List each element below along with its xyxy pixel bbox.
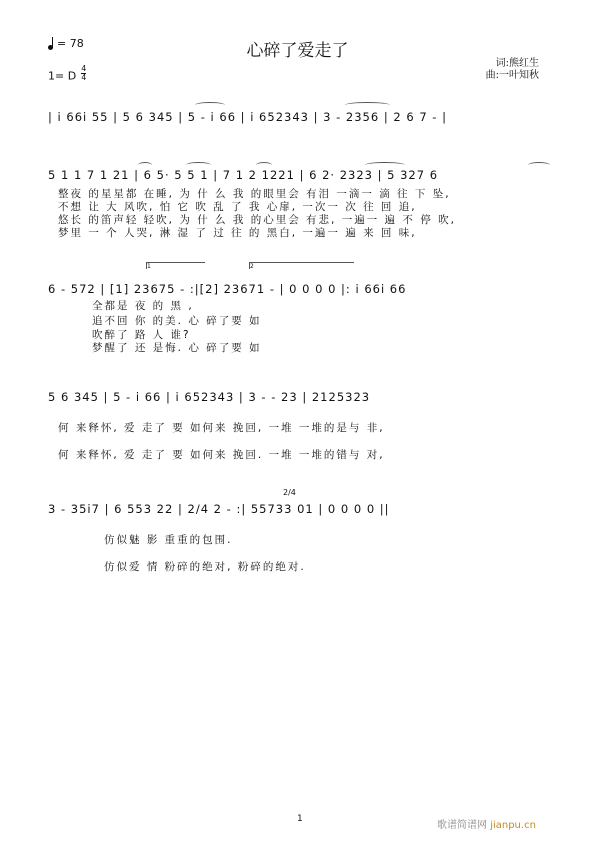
volta-1: 1 (146, 262, 205, 269)
lyric-line: 梦里 一 个 人哭, 淋 湿 了 过 往 的 黑白, 一遍一 遍 来 回 味, (58, 225, 417, 240)
system-1-notes: | i 66i 55 | 5 6 345 | 5 - i 66 | i 6523… (48, 110, 447, 124)
lyricist: 词:熊红生 (486, 58, 539, 70)
slur (195, 102, 225, 108)
lyric-line: 何 来释怀, 爱 走了 要 如何来 挽回. 一堆 一堆的错与 对, (58, 447, 385, 462)
system-4-notes: 5 6 345 | 5 - i 66 | i 652343 | 3 - - 23… (48, 390, 370, 404)
system-5-notes: 3 - 35i7 | 6 553 22 | 2/4 2 - :| 55733 0… (48, 502, 390, 516)
slur (365, 162, 405, 168)
slur (186, 162, 211, 168)
lyric-line: 仿似爱 情 粉碎的绝对, 粉碎的绝对. (104, 559, 306, 574)
slur (138, 162, 152, 168)
watermark-cn: 歌谱简谱网 (437, 820, 487, 831)
lyric-line: 追不回 你 的美. 心 碎了要 如 (92, 313, 262, 328)
page-number: 1 (297, 814, 303, 824)
key-signature: 1= D44 (48, 68, 86, 85)
watermark-en: jianpu.cn (490, 820, 536, 831)
key-value: 1= D (48, 70, 76, 83)
time-sig-top: 4 (81, 65, 86, 73)
lyric-line: 梦醒了 还 是悔. 心 碎了要 如 (92, 340, 262, 355)
credits: 词:熊红生曲:一叶知秋 (486, 58, 539, 82)
slur (528, 162, 550, 168)
volta-2: 2 (249, 262, 354, 269)
system-2-notes: 5 1 1 7 1 21 | 6 5· 5 5 1 | 7 1 2 1221 |… (48, 168, 438, 182)
slur (256, 162, 272, 168)
meter-change: 2/4 (283, 488, 296, 497)
system-3-notes: 6 - 572 | [1] 23675 - :|[2] 23671 - | 0 … (48, 282, 406, 296)
lyric-line: 何 来释怀, 爱 走了 要 如何来 挽回, 一堆 一堆的是与 非, (58, 420, 385, 435)
slur (345, 102, 390, 108)
lyric-line: 全都是 夜 的 黑 , (92, 298, 194, 313)
time-sig-bottom: 4 (81, 73, 86, 82)
composer: 曲:一叶知秋 (486, 70, 539, 82)
lyric-line: 仿似魅 影 重重的包围. (104, 532, 233, 547)
time-signature: 44 (81, 65, 86, 82)
watermark: 歌谱简谱网 jianpu.cn (437, 816, 536, 831)
